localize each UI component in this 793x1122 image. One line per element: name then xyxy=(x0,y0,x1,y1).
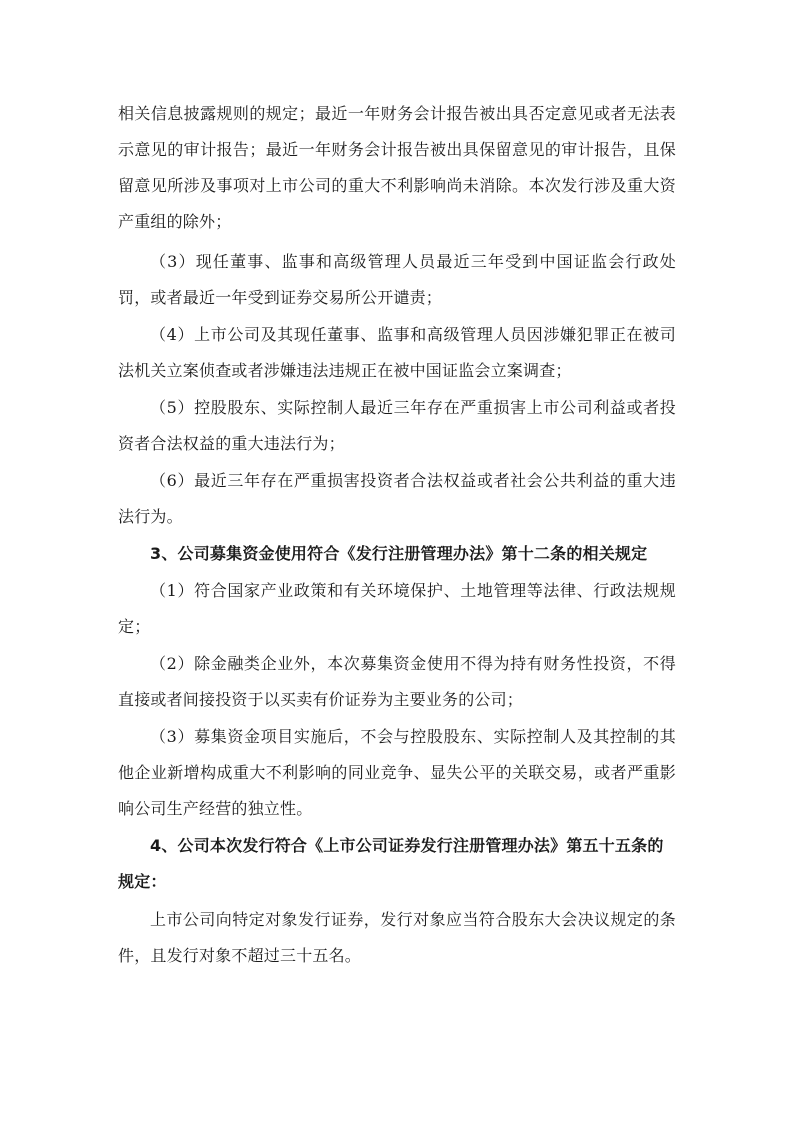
paragraph-item-4-investigation: （4）上市公司及其现任董事、监事和高级管理人员因涉嫌犯罪正在被司法机关立案侦查或… xyxy=(118,317,676,389)
section-heading-3: 3、公司募集资金使用符合《发行注册管理办法》第十二条的相关规定 xyxy=(118,536,676,572)
paragraph-fund-use-item-3: （3）募集资金项目实施后，不会与控股股东、实际控制人及其控制的其他企业新增构成重… xyxy=(118,719,676,827)
document-body: 相关信息披露规则的规定；最近一年财务会计报告被出具否定意见或者无法表示意见的审计… xyxy=(118,96,676,974)
paragraph-item-6-violations: （6）最近三年存在严重损害投资者合法权益或者社会公共利益的重大违法行为。 xyxy=(118,463,676,535)
document-page: 相关信息披露规则的规定；最近一年财务会计报告被出具否定意见或者无法表示意见的审计… xyxy=(0,0,793,1122)
paragraph-disclosure-continued: 相关信息披露规则的规定；最近一年财务会计报告被出具否定意见或者无法表示意见的审计… xyxy=(118,96,676,240)
paragraph-fund-use-item-2: （2）除金融类企业外，本次募集资金使用不得为持有财务性投资，不得直接或者间接投资… xyxy=(118,646,676,718)
paragraph-item-5-controlling-shareholder: （5）控股股东、实际控制人最近三年存在严重损害上市公司利益或者投资者合法权益的重… xyxy=(118,390,676,462)
paragraph-item-3-penalties: （3）现任董事、监事和高级管理人员最近三年受到中国证监会行政处罚，或者最近一年受… xyxy=(118,244,676,316)
section-heading-4: 4、公司本次发行符合《上市公司证券发行注册管理办法》第五十五条的规定： xyxy=(118,828,676,900)
paragraph-issuance-targets: 上市公司向特定对象发行证券，发行对象应当符合股东大会决议规定的条件，且发行对象不… xyxy=(118,902,676,974)
paragraph-fund-use-item-1: （1）符合国家产业政策和有关环境保护、土地管理等法律、行政法规规定； xyxy=(118,573,676,645)
